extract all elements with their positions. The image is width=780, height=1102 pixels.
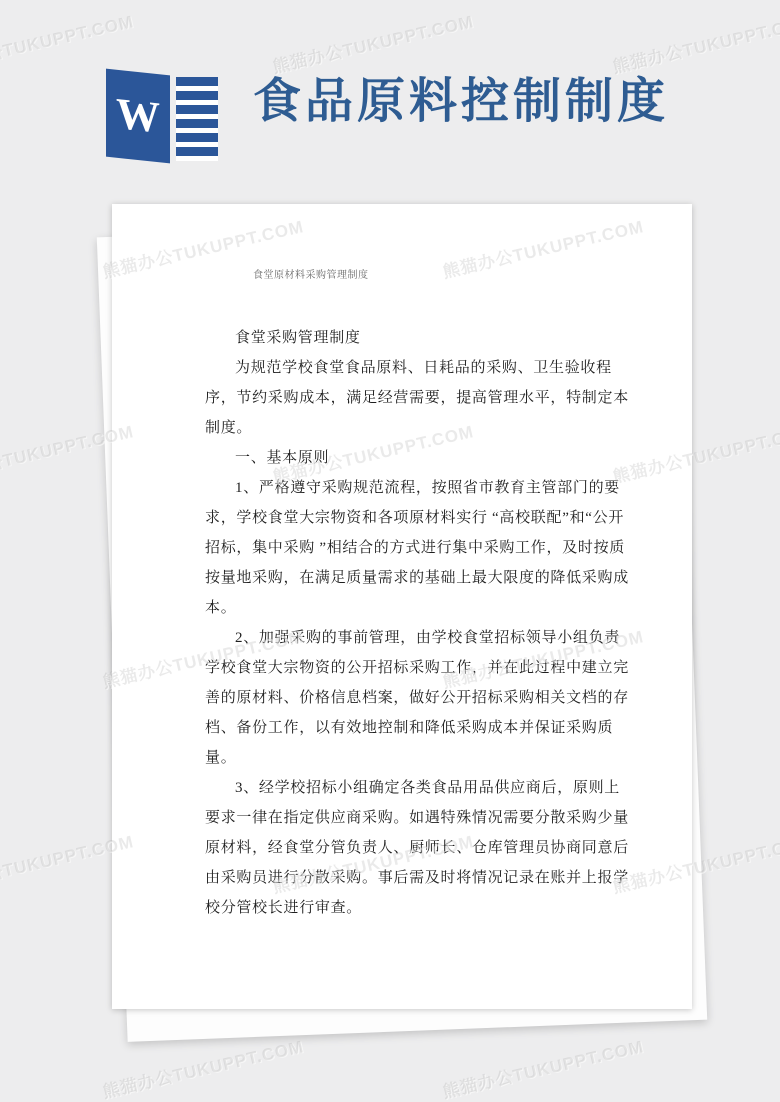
watermark-text: 熊猫办公TUKUPPT.COM: [440, 1032, 646, 1102]
document-page: 食堂原材料采购管理制度 食堂采购管理制度为规范学校食堂食品原料、日耗品的采购、卫…: [112, 204, 692, 1009]
document-paragraph: 3、经学校招标小组确定各类食品用品供应商后，原则上要求一律在指定供应商采购。如遇…: [205, 773, 633, 923]
page-title: 食品原料控制制度: [253, 72, 669, 132]
word-flag-shape: W: [106, 69, 170, 164]
document-paragraph: 1、严格遵守采购规范流程，按照省市教育主管部门的要求，学校食堂大宗物资和各项原材…: [205, 473, 633, 623]
document-paragraph: 2、加强采购的事前管理，由学校食堂招标领导小组负责学校食堂大宗物资的公开招标采购…: [205, 623, 633, 773]
document-paragraph: 为规范学校食堂食品原料、日耗品的采购、卫生验收程序，节约采购成本，满足经营需要，…: [205, 353, 633, 443]
word-icon: W: [100, 66, 220, 170]
document-heading: 食堂原材料采购管理制度: [253, 266, 692, 281]
word-icon-letter: W: [116, 92, 160, 141]
watermark-text: 熊猫办公TUKUPPT.COM: [100, 1032, 306, 1102]
document-body: 食堂采购管理制度为规范学校食堂食品原料、日耗品的采购、卫生验收程序，节约采购成本…: [205, 323, 633, 923]
document-paragraph: 一、基本原则: [205, 443, 633, 473]
word-document-lines-icon: [176, 77, 218, 161]
preview-background: 熊猫办公TUKUPPT.COM熊猫办公TUKUPPT.COM熊猫办公TUKUPP…: [0, 0, 780, 1102]
document-paragraph: 食堂采购管理制度: [205, 323, 633, 353]
header: W 食品原料控制制度: [0, 0, 780, 200]
